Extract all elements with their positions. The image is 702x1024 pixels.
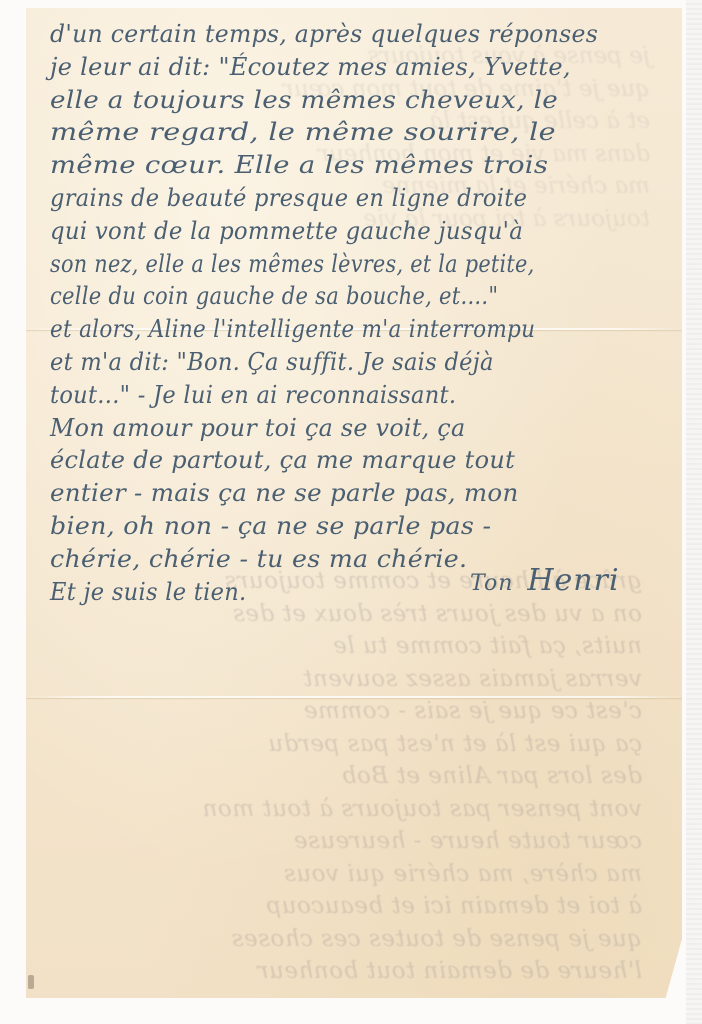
- bleed-line: cœur toute heure - heureuse: [62, 825, 642, 858]
- bleed-through-text: grâce à l'heure et comme toujours on a v…: [62, 565, 642, 988]
- letter-line: je leur ai dit: "Écoutez mes amies, Yvet…: [50, 51, 667, 84]
- letter-line: et alors, Aline l'intelligente m'a inter…: [50, 313, 604, 346]
- signature-name: Henri: [527, 563, 619, 598]
- letter-line: même cœur. Elle a les mêmes trois: [50, 149, 702, 182]
- bleed-line: que je pense de toutes ces choses: [62, 923, 642, 956]
- letter-line: et m'a dit: "Bon. Ça suffit. Je sais déj…: [50, 346, 630, 379]
- letter-line: qui vont de la pommette gauche jusqu'à: [50, 215, 636, 248]
- bleed-line: des lors par Aline et Bob: [62, 760, 642, 793]
- letter-line: entier - mais ça ne se parle pas, mon: [50, 477, 680, 510]
- paper-stain: [28, 975, 34, 989]
- letter-line: elle a toujours les mêmes cheveux, le: [50, 84, 702, 117]
- letter-line: Mon amour pour toi ça se voit, ça: [50, 412, 661, 445]
- bleed-line: vont penser pas toujours à tout mon: [62, 793, 642, 826]
- letter-line: même regard, le même sourire, le: [50, 116, 702, 149]
- bleed-line: verras jamais assez souvent: [62, 663, 642, 696]
- letter-line: grains de beauté presque en ligne droite: [50, 182, 630, 215]
- bleed-line: nuits, ça fait comme tu le: [62, 630, 642, 663]
- bleed-line: c'est ce que je sais - comme: [62, 695, 642, 728]
- letter-line: tout..." - Je lui en ai reconnaissant.: [50, 379, 630, 412]
- letter-line: d'un certain temps, après quelques répon…: [50, 18, 655, 51]
- signature: TonHenri: [470, 563, 620, 598]
- bleed-line: ça qui est là et n'est pas perdu: [62, 728, 642, 761]
- handwritten-letter-body: d'un certain temps, après quelques répon…: [50, 18, 680, 608]
- bleed-line: à toi et demain ici et beaucoup: [62, 890, 642, 923]
- signature-closing: Ton: [470, 571, 513, 596]
- bleed-line: ma chère, ma chérie qui vous: [62, 858, 642, 891]
- letter-line: son nez, elle a les mêmes lèvres, et la …: [50, 248, 586, 281]
- letter-line: bien, oh non - ça ne se parle pas -: [50, 510, 699, 543]
- letter-line: éclate de partout, ça me marque tout: [50, 444, 667, 477]
- bleed-line: l'heure de demain tout bonheur: [62, 955, 642, 988]
- letter-line: celle du coin gauche de sa bouche, et...…: [50, 280, 592, 313]
